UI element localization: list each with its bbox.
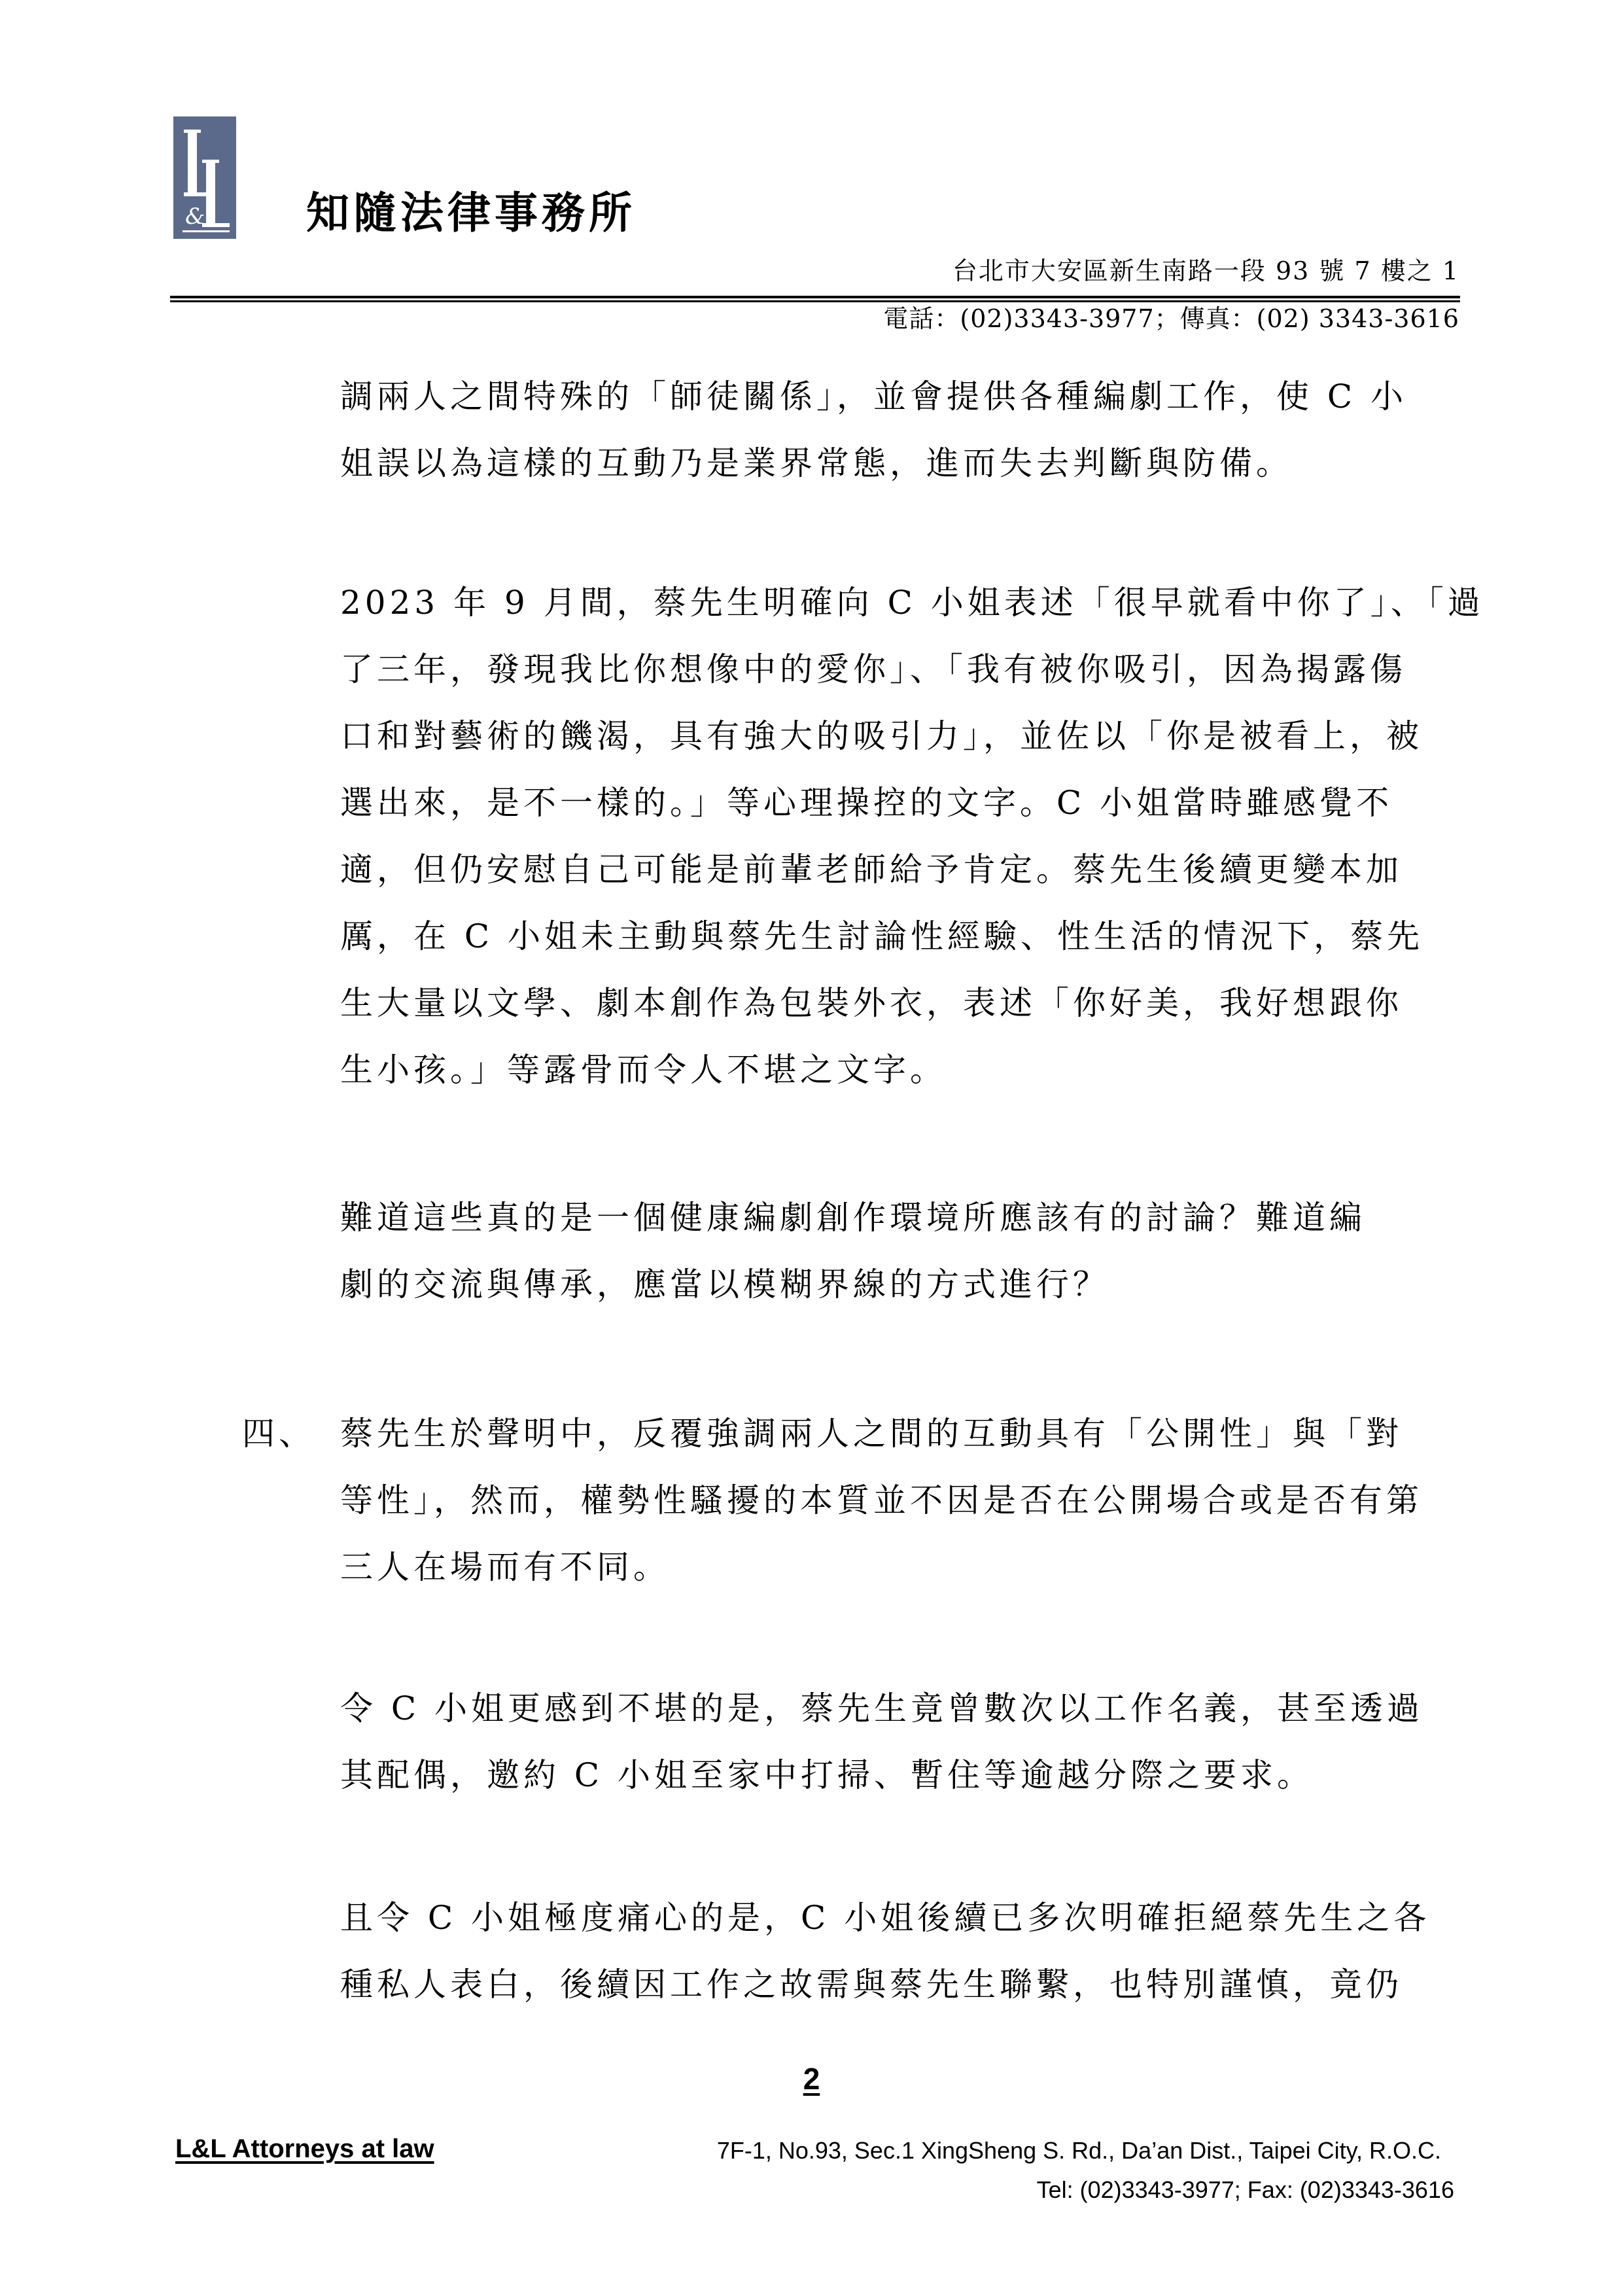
paragraph: 調兩人之間特殊的「師徒關係」，並會提供各種編劇工作，使 C 小 姐誤以為這樣的互… xyxy=(340,363,1446,497)
paragraph: 難道這些真的是一個健康編劇創作環境所應該有的討論？難道編 劇的交流與傳承，應當以… xyxy=(340,1184,1446,1318)
paragraph: 令 C 小姐更感到不堪的是，蔡先生竟曾數次以工作名義，甚至透過 其配偶，邀約 C… xyxy=(340,1675,1446,1809)
text-line: 生小孩。」等露骨而令人不堪之文字。 xyxy=(340,1036,1446,1103)
footer-firm-name: L&L Attorneys at law xyxy=(175,2134,434,2164)
paragraph: 且令 C 小姐極度痛心的是，C 小姐後續已多次明確拒絕蔡先生之各 種私人表白，後… xyxy=(340,1884,1446,2018)
firm-address: 台北市大安區新生南路一段 93 號 7 樓之 1 xyxy=(952,258,1459,283)
header-rule-bottom xyxy=(170,300,1460,302)
text-line: 生大量以文學、劇本創作為包裝外衣，表述「你好美，我好想跟你 xyxy=(340,970,1446,1036)
text-line: 姐誤以為這樣的互動乃是業界常態，進而失去判斷與防備。 xyxy=(340,430,1446,497)
footer-tel-fax: Tel: (02)3343-3977; Fax: (02)3343-3616 xyxy=(1037,2176,1454,2204)
text-line: 適，但仍安慰自己可能是前輩老師給予肯定。蔡先生後續更變本加 xyxy=(340,836,1446,903)
text-line: 調兩人之間特殊的「師徒關係」，並會提供各種編劇工作，使 C 小 xyxy=(340,363,1446,430)
text-line: 等性」，然而，權勢性騷擾的本質並不因是否在公開場合或是否有第 xyxy=(340,1467,1446,1534)
text-line: 了三年，發現我比你想像中的愛你」、「我有被你吸引，因為揭露傷 xyxy=(340,636,1446,703)
page-number: 2 xyxy=(0,2061,1623,2096)
text-line: 三人在場而有不同。 xyxy=(340,1534,1446,1600)
svg-text:&: & xyxy=(185,203,205,230)
paragraph: 2023 年 9 月間，蔡先生明確向 C 小姐表述「很早就看中你了」、「過 了三… xyxy=(340,569,1446,1103)
text-line: 劇的交流與傳承，應當以模糊界線的方式進行？ xyxy=(340,1251,1446,1318)
text-line: 難道這些真的是一個健康編劇創作環境所應該有的討論？難道編 xyxy=(340,1184,1446,1251)
firm-contact: 電話：(02)3343-3977；傳真：(02) 3343-3616 xyxy=(883,306,1459,331)
firm-name: 知隨法律事務所 xyxy=(306,191,636,234)
text-line: 種私人表白，後續因工作之故需與蔡先生聯繫，也特別謹慎，竟仍 xyxy=(340,1951,1446,2018)
text-line: 選出來，是不一樣的。」等心理操控的文字。C 小姐當時雖感覺不 xyxy=(340,769,1446,836)
footer-address: 7F-1, No.93, Sec.1 XingSheng S. Rd., Da’… xyxy=(717,2137,1441,2164)
item-number-marker: 四、 xyxy=(242,1400,315,1467)
header-rule-top xyxy=(170,296,1460,298)
logo-monogram-icon: & xyxy=(173,116,236,239)
text-line: 2023 年 9 月間，蔡先生明確向 C 小姐表述「很早就看中你了」、「過 xyxy=(340,569,1446,636)
numbered-item: 蔡先生於聲明中，反覆強調兩人之間的互動具有「公開性」與「對 等性」，然而，權勢性… xyxy=(340,1400,1446,1600)
text-line: 且令 C 小姐極度痛心的是，C 小姐後續已多次明確拒絕蔡先生之各 xyxy=(340,1884,1446,1951)
text-line: 口和對藝術的饑渴，具有強大的吸引力」，並佐以「你是被看上，被 xyxy=(340,703,1446,769)
page-number-value: 2 xyxy=(803,2062,820,2096)
text-line: 令 C 小姐更感到不堪的是，蔡先生竟曾數次以工作名義，甚至透過 xyxy=(340,1675,1446,1742)
text-line: 其配偶，邀約 C 小姐至家中打掃、暫住等逾越分際之要求。 xyxy=(340,1742,1446,1809)
firm-logo: & xyxy=(173,116,236,239)
text-line: 厲，在 C 小姐未主動與蔡先生討論性經驗、性生活的情況下，蔡先 xyxy=(340,903,1446,970)
text-line: 蔡先生於聲明中，反覆強調兩人之間的互動具有「公開性」與「對 xyxy=(340,1400,1446,1467)
